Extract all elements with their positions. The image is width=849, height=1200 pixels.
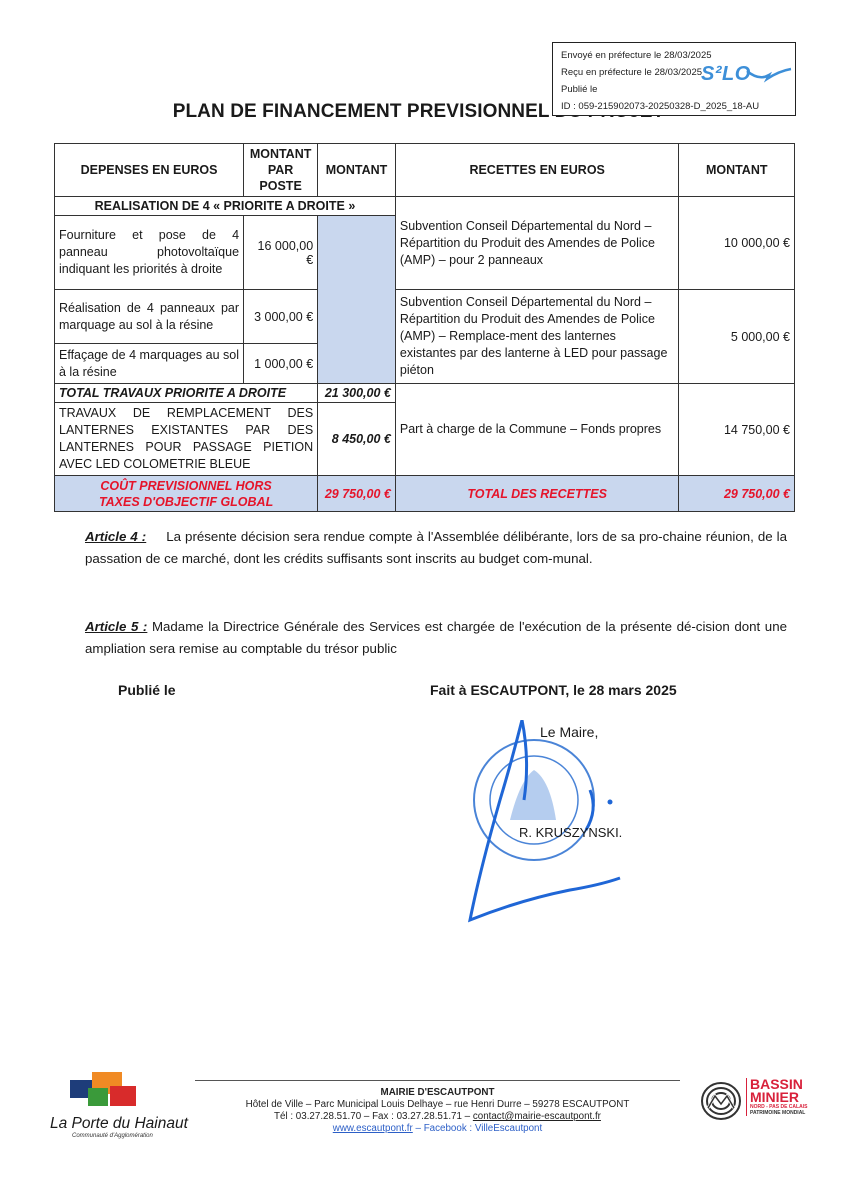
- published-label: Publié le: [118, 682, 176, 698]
- footer-address: Hôtel de Ville – Parc Municipal Louis De…: [195, 1099, 680, 1111]
- financing-table: DEPENSES EN EUROS MONTANT PAR POSTE MONT…: [54, 143, 795, 512]
- bassin-minier-text: BASSIN MINIER NORD - PAS DE CALAIS PATRI…: [746, 1078, 807, 1116]
- subtotal-amount: 21 300,00 €: [318, 384, 396, 403]
- table-row: Réalisation de 4 panneaux par marquage a…: [55, 290, 795, 344]
- mayor-seal-signature-icon: [460, 720, 660, 960]
- s2lo-swoosh-icon: [745, 67, 793, 83]
- bassin-minier-logo: BASSIN MINIER NORD - PAS DE CALAIS PATRI…: [700, 1078, 810, 1128]
- article-5: Article 5 : Madame la Directrice Général…: [85, 616, 787, 660]
- logo-left-sub: Communauté d'Agglomération: [72, 1133, 200, 1139]
- logo-left-name: La Porte du Hainaut: [50, 1115, 200, 1133]
- footer-web: www.escautpont.fr – Facebook : VilleEsca…: [195, 1123, 680, 1135]
- total-depenses-amount: 29 750,00 €: [318, 476, 396, 512]
- shaded-cell: [318, 216, 396, 384]
- stamp-sent: Envoyé en préfecture le 28/03/2025: [561, 47, 795, 64]
- header-depenses: DEPENSES EN EUROS: [55, 144, 244, 197]
- table-header-row: DEPENSES EN EUROS MONTANT PAR POSTE MONT…: [55, 144, 795, 197]
- article-4-text: La présente décision sera rendue compte …: [85, 529, 787, 566]
- depense-label-2: Réalisation de 4 panneaux par marquage a…: [55, 290, 244, 344]
- logo-right-line2: MINIER: [750, 1091, 807, 1104]
- footer-facebook: – Facebook : VilleEscautpont: [413, 1123, 542, 1134]
- lanternes-label: TRAVAUX DE REMPLACEMENT DES LANTERNES EX…: [55, 403, 318, 476]
- footer-divider: [195, 1080, 680, 1081]
- recette-amount-1: 10 000,00 €: [679, 197, 795, 290]
- article-5-text: Madame la Directrice Générale des Servic…: [85, 619, 787, 656]
- depense-amount-2: 3 000,00 €: [244, 290, 318, 344]
- recette-amount-3: 14 750,00 €: [679, 384, 795, 476]
- depense-label-3: Effaçage de 4 marquages au sol à la rési…: [55, 344, 244, 384]
- section-title: REALISATION DE 4 « PRIORITE A DROITE »: [55, 197, 396, 216]
- recette-label-1: Subvention Conseil Départemental du Nord…: [395, 197, 679, 290]
- depense-amount-1: 16 000,00 €: [244, 216, 318, 290]
- logo-right-line4: PATRIMOINE MONDIAL: [750, 1110, 807, 1116]
- stamp-published: Publié le: [561, 81, 795, 98]
- recette-label-3: Part à charge de la Commune – Fonds prop…: [395, 384, 679, 476]
- header-montant-recettes: MONTANT: [679, 144, 795, 197]
- footer-website-link[interactable]: www.escautpont.fr: [333, 1123, 413, 1134]
- prefecture-stamp: Envoyé en préfecture le 28/03/2025 Reçu …: [552, 42, 796, 116]
- footer-phone-fax: Tél : 03.27.28.51.70 – Fax : 03.27.28.51…: [274, 1111, 473, 1122]
- footer-contact: Tél : 03.27.28.51.70 – Fax : 03.27.28.51…: [195, 1111, 680, 1123]
- porte-du-hainaut-emblem-icon: [68, 1072, 158, 1108]
- header-recettes: RECETTES EN EUROS: [395, 144, 679, 197]
- recette-label-2: Subvention Conseil Départemental du Nord…: [395, 290, 679, 384]
- mayor-name: R. KRUSZYNSKI.: [519, 825, 622, 840]
- article-4-label: Article 4 :: [85, 529, 146, 544]
- stamp-id: ID : 059-215902073-20250328-D_2025_18-AU: [561, 98, 795, 115]
- table-row: REALISATION DE 4 « PRIORITE A DROITE » S…: [55, 197, 795, 216]
- total-recettes-label: TOTAL DES RECETTES: [395, 476, 679, 512]
- place-date: Fait à ESCAUTPONT, le 28 mars 2025: [430, 682, 677, 698]
- depense-label-1: Fourniture et pose de 4 panneau photovol…: [55, 216, 244, 290]
- depense-amount-3: 1 000,00 €: [244, 344, 318, 384]
- footer: MAIRIE D'ESCAUTPONT Hôtel de Ville – Par…: [195, 1087, 680, 1135]
- total-recettes-amount: 29 750,00 €: [679, 476, 795, 512]
- article-4: Article 4 : La présente décision sera re…: [85, 526, 787, 570]
- porte-du-hainaut-logo: La Porte du Hainaut Communauté d'Agglomé…: [50, 1072, 200, 1139]
- footer-email-link[interactable]: contact@mairie-escautpont.fr: [473, 1111, 601, 1122]
- table-row: TOTAL TRAVAUX PRIORITE A DROITE 21 300,0…: [55, 384, 795, 403]
- mayor-role: Le Maire,: [540, 724, 598, 740]
- lanternes-amount: 8 450,00 €: [318, 403, 396, 476]
- subtotal-label: TOTAL TRAVAUX PRIORITE A DROITE: [55, 384, 318, 403]
- footer-org: MAIRIE D'ESCAUTPONT: [195, 1087, 680, 1099]
- recette-amount-2: 5 000,00 €: [679, 290, 795, 384]
- total-depenses-label: COÛT PREVISIONNEL HORS TAXES D'OBJECTIF …: [55, 476, 318, 512]
- bassin-minier-emblem-icon: [700, 1080, 742, 1122]
- s2lo-logo: S²LO: [701, 63, 751, 86]
- table-total-row: COÛT PREVISIONNEL HORS TAXES D'OBJECTIF …: [55, 476, 795, 512]
- header-montant: MONTANT: [318, 144, 396, 197]
- article-5-label: Article 5 :: [85, 619, 147, 634]
- header-montant-par-poste: MONTANT PAR POSTE: [244, 144, 318, 197]
